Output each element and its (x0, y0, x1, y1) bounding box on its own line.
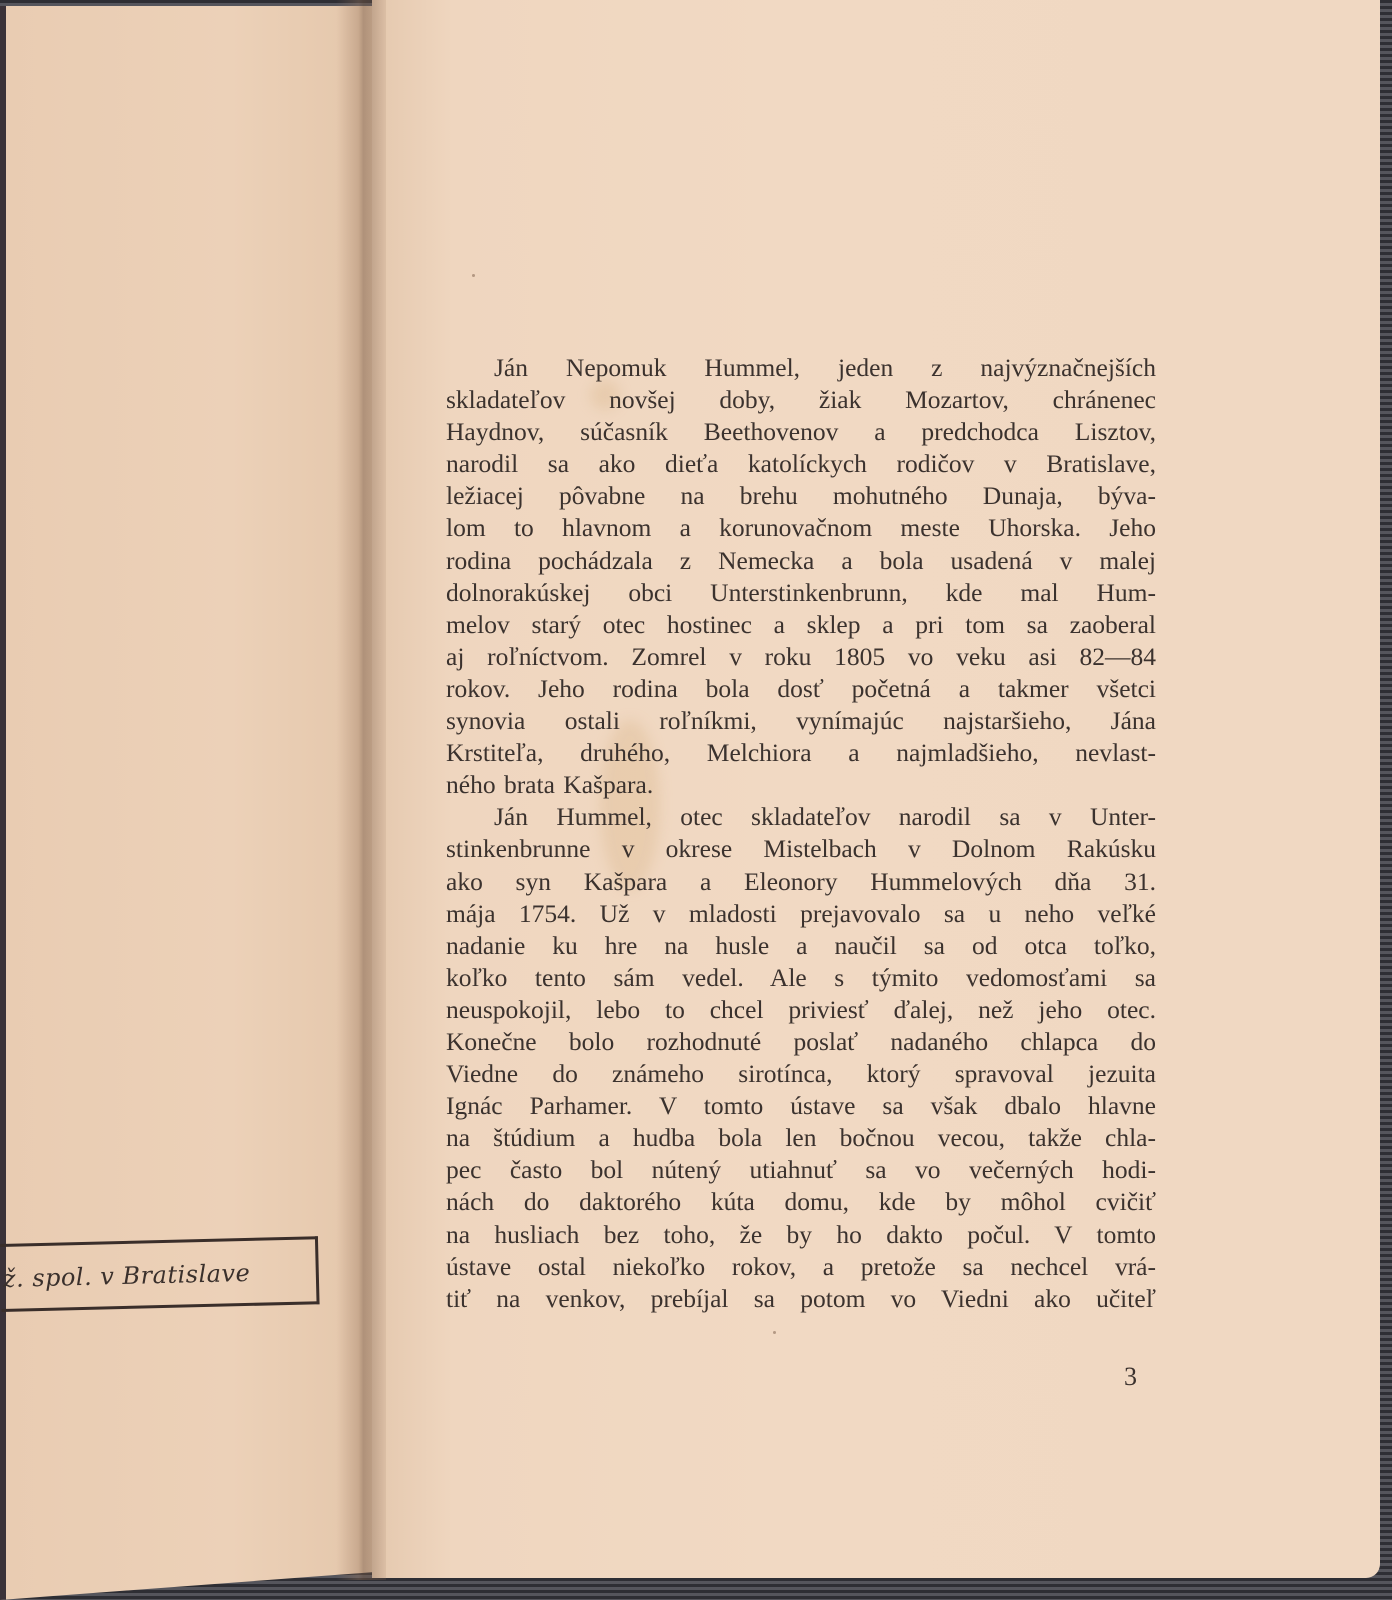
text-line: na štúdium a hudba bola len bočnou vecou… (446, 1122, 1156, 1154)
text-line: skladateľov novšej doby, žiak Mozartov, … (446, 384, 1156, 416)
text-line: Ignác Parhamer. V tomto ústave sa však d… (446, 1090, 1156, 1122)
text-line: stinkenbrunne v okrese Mistelbach v Doln… (446, 833, 1156, 865)
text-line: Haydnov, súčasník Beethovenov a predchod… (446, 416, 1156, 448)
imprint-text: ž. spol. v Bratislave (3, 1259, 251, 1293)
paragraph-2: Ján Hummel, otec skladateľov narodil sa … (446, 801, 1156, 1315)
text-line: ako syn Kašpara a Eleonory Hummelových d… (446, 866, 1156, 898)
text-line: neuspokojil, lebo to chcel priviesť ďale… (446, 994, 1156, 1026)
text-line: ležiacej pôvabne na brehu mohutného Duna… (446, 480, 1156, 512)
text-line: aj roľníctvom. Zomrel v roku 1805 vo vek… (446, 641, 1156, 673)
page-number: 3 (1124, 1362, 1137, 1392)
text-line: dolnorakúskej obci Unterstinkenbrunn, kd… (446, 577, 1156, 609)
text-line: Ján Hummel, otec skladateľov narodil sa … (446, 801, 1156, 833)
gutter-shadow (336, 0, 386, 1580)
paper-fleck (773, 1331, 776, 1334)
text-line: koľko tento sám vedel. Ale s týmito vedo… (446, 962, 1156, 994)
text-line: rodina pochádzala z Nemecka a bola usade… (446, 545, 1156, 577)
text-line: melov starý otec hostinec a sklep a pri … (446, 609, 1156, 641)
text-line: tiť na venkov, prebíjal sa potom vo Vied… (446, 1283, 1156, 1315)
text-line: lom to hlavnom a korunovačnom meste Uhor… (446, 512, 1156, 544)
text-line: rokov. Jeho rodina bola dosť početná a t… (446, 673, 1156, 705)
text-line: pec často bol nútený utiahnuť sa vo veče… (446, 1154, 1156, 1186)
text-line: Konečne bolo rozhodnuté poslať nadaného … (446, 1026, 1156, 1058)
text-line: ústave ostal niekoľko rokov, a pretože s… (446, 1251, 1156, 1283)
body-text: Ján Nepomuk Hummel, jeden z najvýznačnej… (446, 352, 1156, 1315)
text-line: mája 1754. Už v mladosti prejavovalo sa … (446, 898, 1156, 930)
text-line: Ján Nepomuk Hummel, jeden z najvýznačnej… (446, 352, 1156, 384)
text-line: ného brata Kašpara. (446, 769, 1156, 801)
left-page: ž. spol. v Bratislave (0, 6, 384, 1600)
text-line: nadanie ku hre na husle a naučil sa od o… (446, 930, 1156, 962)
text-line: nách do daktorého kúta domu, kde by môho… (446, 1186, 1156, 1218)
text-line: narodil sa ako dieťa katolíckych rodičov… (446, 448, 1156, 480)
text-line: Viedne do známeho sirotínca, ktorý sprav… (446, 1058, 1156, 1090)
book-spread: ž. spol. v Bratislave Ján Nepomuk Hummel… (0, 0, 1392, 1600)
text-line: synovia ostali roľníkmi, vynímajúc najst… (446, 705, 1156, 737)
imprint-box: ž. spol. v Bratislave (0, 1236, 320, 1312)
paragraph-1: Ján Nepomuk Hummel, jeden z najvýznačnej… (446, 352, 1156, 801)
text-line: na husliach bez toho, že by ho dakto poč… (446, 1219, 1156, 1251)
paper-fleck (472, 274, 475, 277)
text-line: Krstiteľa, druhého, Melchiora a najmladš… (446, 737, 1156, 769)
